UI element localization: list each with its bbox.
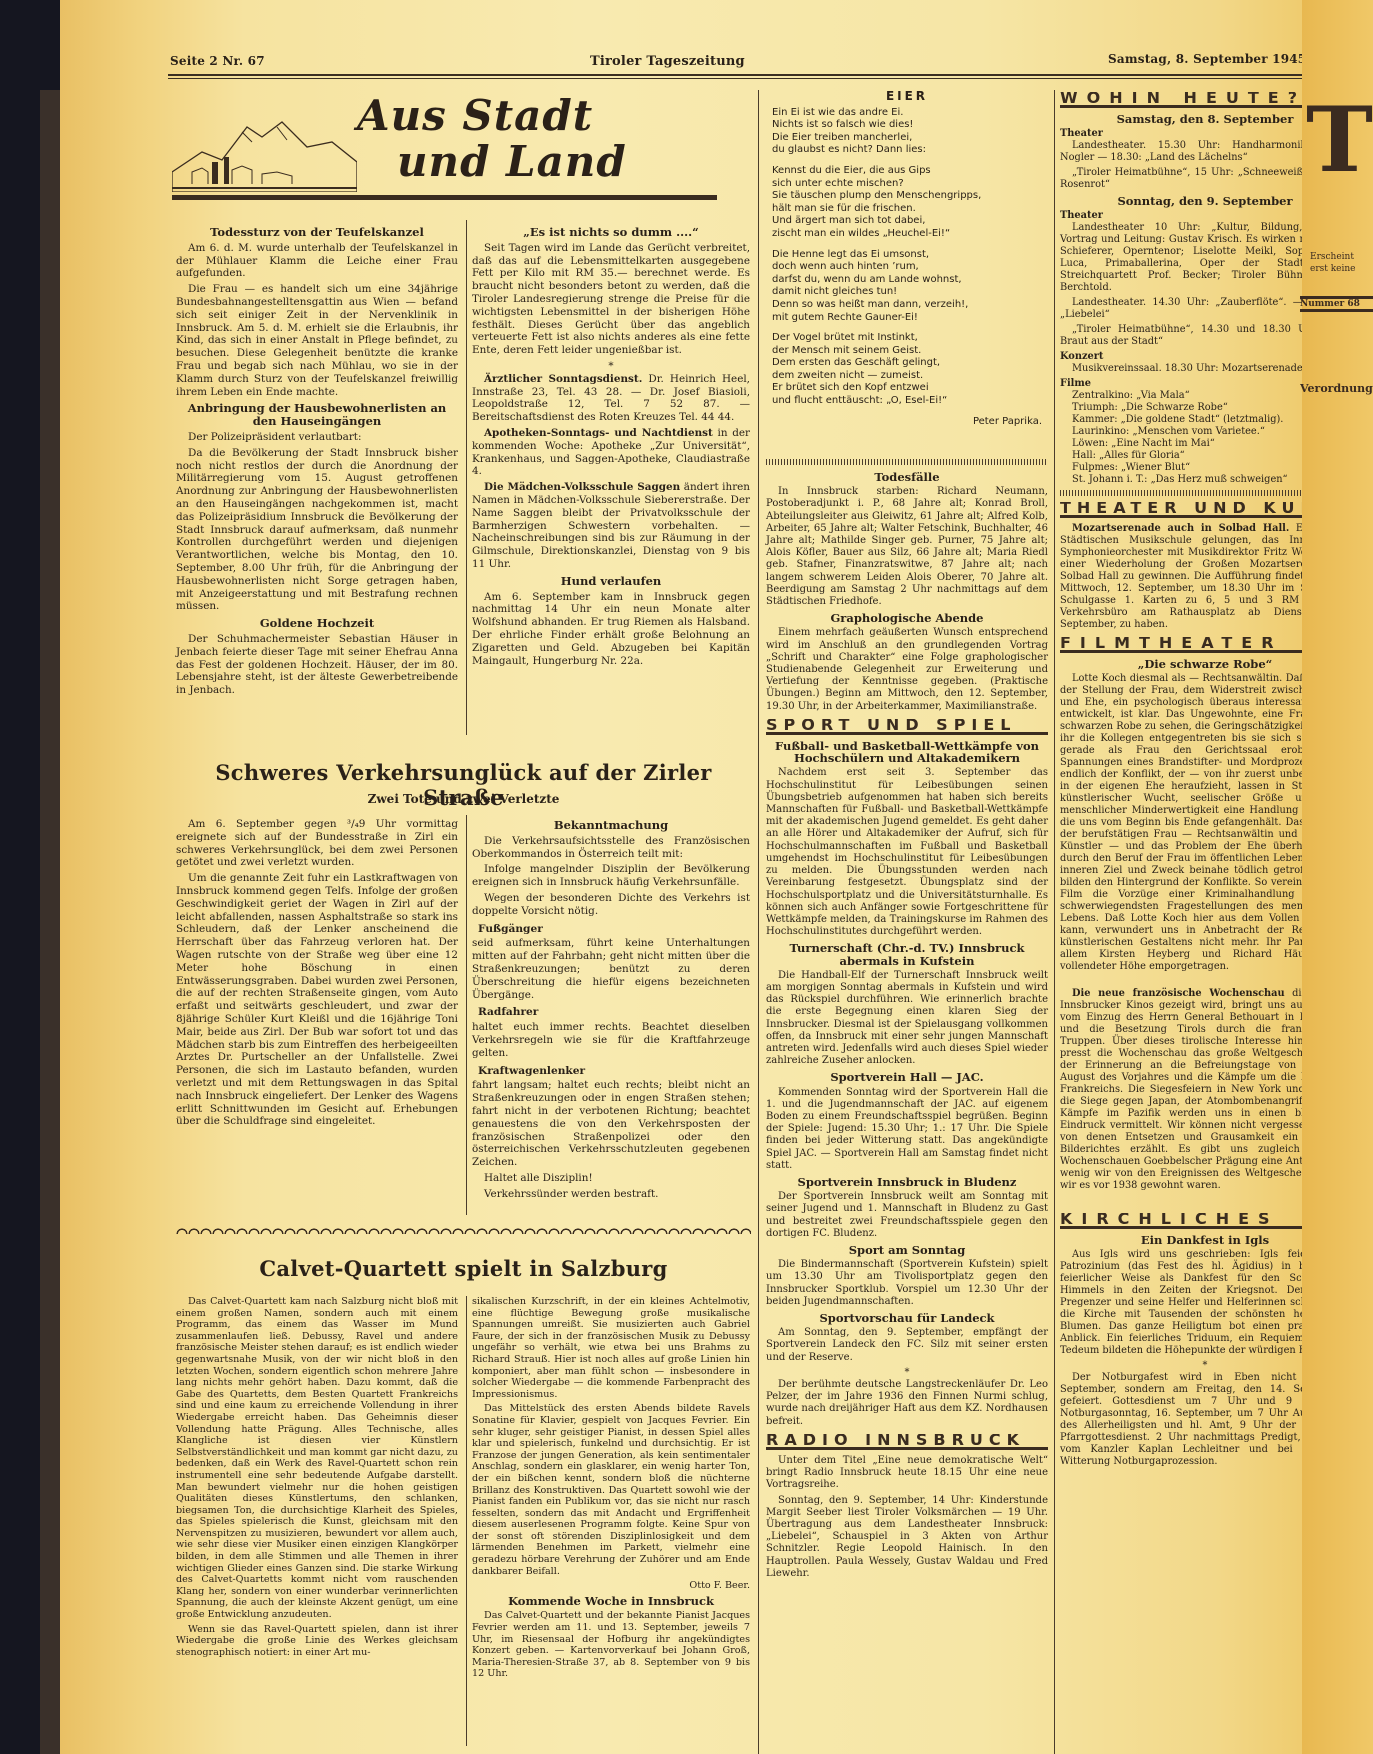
poem-line: doch wenn auch hinten ’rum, — [772, 261, 1042, 274]
article-paragraph: Die Bindermannschaft (Sportverein Kufste… — [766, 1259, 1048, 1308]
article-title: Sportverein Innsbruck in Bludenz — [766, 1176, 1048, 1188]
article-paragraph: Am 6. d. M. wurde unterhalb der Teufelsk… — [176, 242, 458, 280]
article-paragraph: Die Handball-Elf der Turnerschaft Innsbr… — [766, 970, 1048, 1068]
section-masthead: Aus Stadt und Land — [172, 92, 722, 200]
article-title: Bekanntmachung — [472, 819, 750, 832]
adjacent-text: Erscheint — [1310, 252, 1373, 262]
column-rule — [466, 1296, 467, 1746]
poem-line: sich unter echte mischen? — [772, 178, 1042, 191]
section-header-sport: SPORT UND SPIEL — [766, 719, 1048, 735]
subheading: Kraftwagenlenker — [478, 1065, 750, 1078]
article-paragraph: sikalischen Kurzschrift, in der ein klei… — [472, 1296, 750, 1400]
calvet-article-col1: Das Calvet-Quartett kam nach Salzburg ni… — [176, 1296, 458, 1661]
notice-lead: Mozartserenade auch in Solbad Hall. — [1072, 523, 1289, 534]
article-paragraph: Sonntag, den 9. September, 14 Uhr: Kinde… — [766, 1495, 1048, 1580]
article-paragraph: Einem mehrfach geäußerten Wunsch entspre… — [766, 627, 1048, 712]
article-title: Graphologische Abende — [766, 612, 1048, 624]
article-paragraph: Wegen der besonderen Dichte des Verkehrs… — [472, 892, 750, 918]
adjacent-text: erst keine — [1310, 264, 1373, 274]
article-paragraph: Die Frau — es handelt sich um eine 34jäh… — [176, 283, 458, 398]
column-rule — [466, 815, 467, 1215]
article-paragraph: Um die genannte Zeit fuhr ein Lastkraftw… — [176, 872, 458, 1128]
poem-stanza: Die Henne legt das Ei umsonst,doch wenn … — [772, 249, 1042, 325]
issue-date: Samstag, 8. September 1945 — [1108, 52, 1306, 66]
article-title: Sport am Sonntag — [766, 1244, 1048, 1256]
article-paragraph: Der Schuhmachermeister Sebastian Häuser … — [176, 633, 458, 697]
headline-calvet: Calvet-Quartett spielt in Salzburg — [176, 1256, 751, 1281]
poem-line: Der Vogel brütet mit Instinkt, — [772, 332, 1042, 345]
poem-line: damit nicht gleiches tun! — [772, 286, 1042, 299]
poem-stanza: Kennst du die Eier, die aus Gipssich unt… — [772, 165, 1042, 241]
article-title: Todessturz von der Teufelskanzel — [176, 226, 458, 239]
author-signature: Otto F. Beer. — [472, 1580, 750, 1592]
article-paragraph: Am Sonntag, den 9. September, empfängt d… — [766, 1327, 1048, 1364]
notice-lead: Die neue französische Wochenschau — [1072, 988, 1285, 999]
article-paragraph: Der Polizeipräsident verlautbart: — [176, 431, 458, 444]
article-paragraph: Das Calvet-Quartett und der bekannte Pia… — [472, 1610, 750, 1680]
article-paragraph: Nachdem erst seit 3. September das Hochs… — [766, 767, 1048, 938]
column-2: „Es ist nichts so dumm ....“ Seit Tagen … — [472, 222, 750, 670]
poem-stanza: Der Vogel brütet mit Instinkt,der Mensch… — [772, 332, 1042, 408]
adjacent-issue-number: Nummer 68 — [1300, 296, 1373, 312]
article-paragraph: Infolge mangelnder Disziplin der Bevölke… — [472, 863, 750, 889]
separator-star: * — [766, 1367, 1048, 1379]
article-paragraph: Das Mittelstück des ersten Abends bildet… — [472, 1403, 750, 1577]
bekanntmachung: Bekanntmachung Die Verkehrsaufsichtsstel… — [472, 815, 750, 1204]
adjacent-heading: Verordnung — [1300, 382, 1373, 395]
notice-lead: Apotheken-Sonntags- und Nachtdienst — [484, 427, 713, 439]
poem-line: Die Henne legt das Ei umsonst, — [772, 249, 1042, 262]
article-paragraph: Am 6. September gegen ³/₄9 Uhr vormittag… — [176, 818, 458, 869]
column-rule — [758, 90, 759, 1754]
poem-line: und flucht enttäuscht: „O, Esel-Ei!“ — [772, 395, 1042, 408]
poem-line: Ein Ei ist wie das andre Ei. — [772, 107, 1042, 120]
poem-line: hält man sie für die frischen. — [772, 203, 1042, 216]
section-header-radio: RADIO INNSBRUCK — [766, 1434, 1048, 1450]
article-paragraph: Der berühmte deutsche Langstreckenläufer… — [766, 1379, 1048, 1428]
article-title: Sportvorschau für Landeck — [766, 1312, 1048, 1324]
column-1: Todessturz von der Teufelskanzel Am 6. d… — [176, 222, 458, 700]
poem-line: Die Eier treiben mancherlei, — [772, 132, 1042, 145]
article-paragraph: Am 6. September kam in Innsbruck gegen n… — [472, 591, 750, 668]
wavy-divider — [176, 1226, 751, 1234]
article-paragraph: haltet euch immer rechts. Beachtet diese… — [472, 1021, 750, 1059]
poem-line: Und ärgert man sich tot dabei, — [772, 215, 1042, 228]
masthead-rule — [172, 195, 717, 200]
article-paragraph: seid aufmerksam, führt keine Unterhaltun… — [472, 937, 750, 1001]
article-paragraph: Seit Tagen wird im Lande das Gerücht ver… — [472, 242, 750, 357]
page-number: Seite 2 Nr. 67 — [170, 54, 265, 68]
poem-stanza: Ein Ei ist wie das andre Ei.Nichts ist s… — [772, 107, 1042, 157]
notice-lead: Die Mädchen-Volksschule Saggen — [484, 481, 680, 493]
poem-title: EIER — [772, 90, 1042, 103]
article-title: Todesfälle — [766, 471, 1048, 483]
poem-line: du glaubst es nicht? Dann lies: — [772, 144, 1042, 157]
binding-edge — [40, 90, 60, 1754]
article-paragraph: Da die Bevölkerung der Stadt Innsbruck b… — [176, 447, 458, 613]
poem-line: Sie täuschen plump den Menschengripps, — [772, 190, 1042, 203]
article-paragraph: Das Calvet-Quartett kam nach Salzburg ni… — [176, 1296, 458, 1621]
notice-text: ändert ihren Namen in Mädchen-Volksschul… — [472, 481, 750, 570]
accident-article: Am 6. September gegen ³/₄9 Uhr vormittag… — [176, 818, 458, 1131]
newspaper-name: Tiroler Tageszeitung — [590, 54, 745, 69]
subheading: Fußgänger — [478, 923, 750, 936]
poem-author: Peter Paprika. — [772, 416, 1042, 429]
article-title: Hund verlaufen — [472, 575, 750, 588]
poem-line: darfst du, wenn du am Lande wohnst, — [772, 274, 1042, 287]
poem-line: Dem ersten das Geschäft gelingt, — [772, 357, 1042, 370]
separator-star: * — [472, 360, 750, 373]
notice-lead: Ärztlicher Sonntagsdienst. — [484, 373, 642, 385]
column-3: Todesfälle In Innsbruck starben: Richard… — [766, 455, 1048, 1583]
poem-eier: EIER Ein Ei ist wie das andre Ei.Nichts … — [772, 90, 1042, 428]
mountain-city-illustration-icon — [172, 102, 357, 192]
subheading: Radfahrer — [478, 1006, 750, 1019]
article-paragraph: Wenn sie das Ravel-Quartett spielen, dan… — [176, 1624, 458, 1659]
column-rule — [466, 220, 467, 735]
article-paragraph: fahrt langsam; haltet euch rechts; bleib… — [472, 1079, 750, 1169]
poem-line: Er brütet sich den Kopf entzwei — [772, 382, 1042, 395]
subheadline-accident: Zwei Tote und zwei Verletzte — [176, 792, 751, 806]
poem-stanzas: Ein Ei ist wie das andre Ei.Nichts ist s… — [772, 107, 1042, 408]
header-rule — [168, 74, 1356, 79]
article-title: Goldene Hochzeit — [176, 617, 458, 630]
article-paragraph: Haltet alle Disziplin! — [472, 1172, 750, 1185]
newspaper-page: Seite 2 Nr. 67 Tiroler Tageszeitung Sams… — [60, 0, 1373, 1754]
article-paragraph: Unter dem Titel „Eine neue demokratische… — [766, 1455, 1048, 1492]
adjacent-masthead-letter: T — [1306, 95, 1373, 185]
article-title: Kommende Woche in Innsbruck — [472, 1596, 750, 1608]
article-paragraph: Die Verkehrsaufsichtsstelle des Französi… — [472, 835, 750, 861]
masthead-line-2: und Land — [397, 140, 627, 184]
article-title: Anbringung der Hausbewohnerlisten an den… — [176, 402, 458, 428]
poem-line: mit gutem Rechte Gauner-Ei! — [772, 312, 1042, 325]
column-rule — [1054, 90, 1055, 1754]
article-title: Sportverein Hall — JAC. — [766, 1071, 1048, 1083]
poem-line: Kennst du die Eier, die aus Gips — [772, 165, 1042, 178]
calvet-article-col2: sikalischen Kurzschrift, in der ein klei… — [472, 1296, 750, 1683]
article-paragraph: In Innsbruck starben: Richard Neumann, P… — [766, 486, 1048, 608]
poem-line: der Mensch mit seinem Geist. — [772, 345, 1042, 358]
masthead-line-1: Aus Stadt — [357, 94, 593, 138]
poem-line: Nichts ist so falsch wie dies! — [772, 119, 1042, 132]
article-paragraph: Kommenden Sonntag wird der Sportverein H… — [766, 1087, 1048, 1172]
poem-line: Denn so was heißt man dann, verzeih!, — [772, 299, 1042, 312]
poem-line: dem zweiten nicht — zumeist. — [772, 370, 1042, 383]
hatched-divider — [766, 459, 1048, 465]
article-title: Turnerschaft (Chr.-d. TV.) Innsbruck abe… — [766, 942, 1048, 966]
article-paragraph: Der Sportverein Innsbruck weilt am Sonnt… — [766, 1191, 1048, 1240]
article-title: „Es ist nichts so dumm ....“ — [472, 226, 750, 239]
article-title: Fußball- und Basketball-Wettkämpfe von H… — [766, 740, 1048, 764]
poem-line: zischt man ein wildes „Heuchel-Ei!“ — [772, 228, 1042, 241]
article-paragraph: Verkehrssünder werden bestraft. — [472, 1188, 750, 1201]
